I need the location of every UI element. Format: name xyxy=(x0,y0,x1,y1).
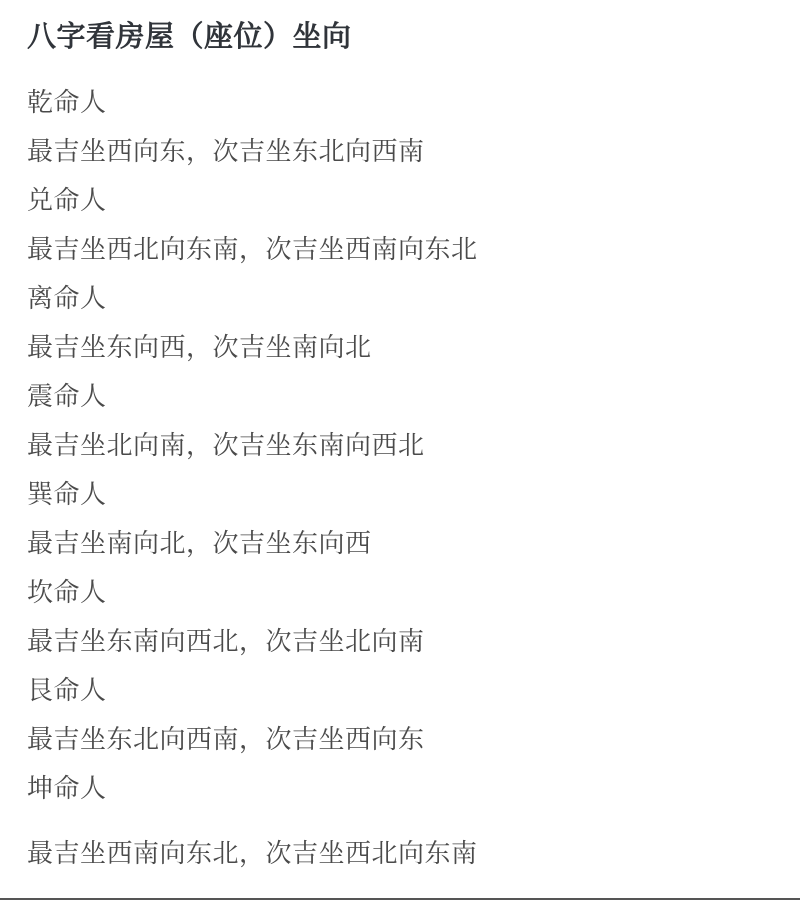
luck-direction-gen: 最吉坐东北向西南，次吉坐西向东 xyxy=(27,715,770,764)
luck-direction-kan: 最吉坐东南向西北，次吉坐北向南 xyxy=(27,617,770,666)
page-title: 八字看房屋（座位）坐向 xyxy=(27,18,770,56)
luck-direction-zhen: 最吉坐北向南，次吉坐东南向西北 xyxy=(27,421,770,470)
luck-direction-kun: 最吉坐西南向东北，次吉坐西北向东南 xyxy=(27,829,770,878)
ming-label-xun: 巽命人 xyxy=(27,470,770,519)
ming-label-gen: 艮命人 xyxy=(27,666,770,715)
luck-direction-li: 最吉坐东向西，次吉坐南向北 xyxy=(27,323,770,372)
luck-direction-xun: 最吉坐南向北，次吉坐东向西 xyxy=(27,519,770,568)
luck-direction-qian: 最吉坐西向东，次吉坐东北向西南 xyxy=(27,127,770,176)
ming-label-li: 离命人 xyxy=(27,274,770,323)
article-page: 八字看房屋（座位）坐向 乾命人 最吉坐西向东，次吉坐东北向西南 兑命人 最吉坐西… xyxy=(0,0,800,904)
ming-label-dui: 兑命人 xyxy=(27,176,770,225)
ming-label-qian: 乾命人 xyxy=(27,78,770,127)
ming-label-kan: 坎命人 xyxy=(27,568,770,617)
bottom-divider xyxy=(0,898,800,900)
article-content: 乾命人 最吉坐西向东，次吉坐东北向西南 兑命人 最吉坐西北向东南，次吉坐西南向东… xyxy=(27,78,770,878)
luck-direction-dui: 最吉坐西北向东南，次吉坐西南向东北 xyxy=(27,225,770,274)
ming-label-kun: 坤命人 xyxy=(27,764,770,813)
ming-label-zhen: 震命人 xyxy=(27,372,770,421)
